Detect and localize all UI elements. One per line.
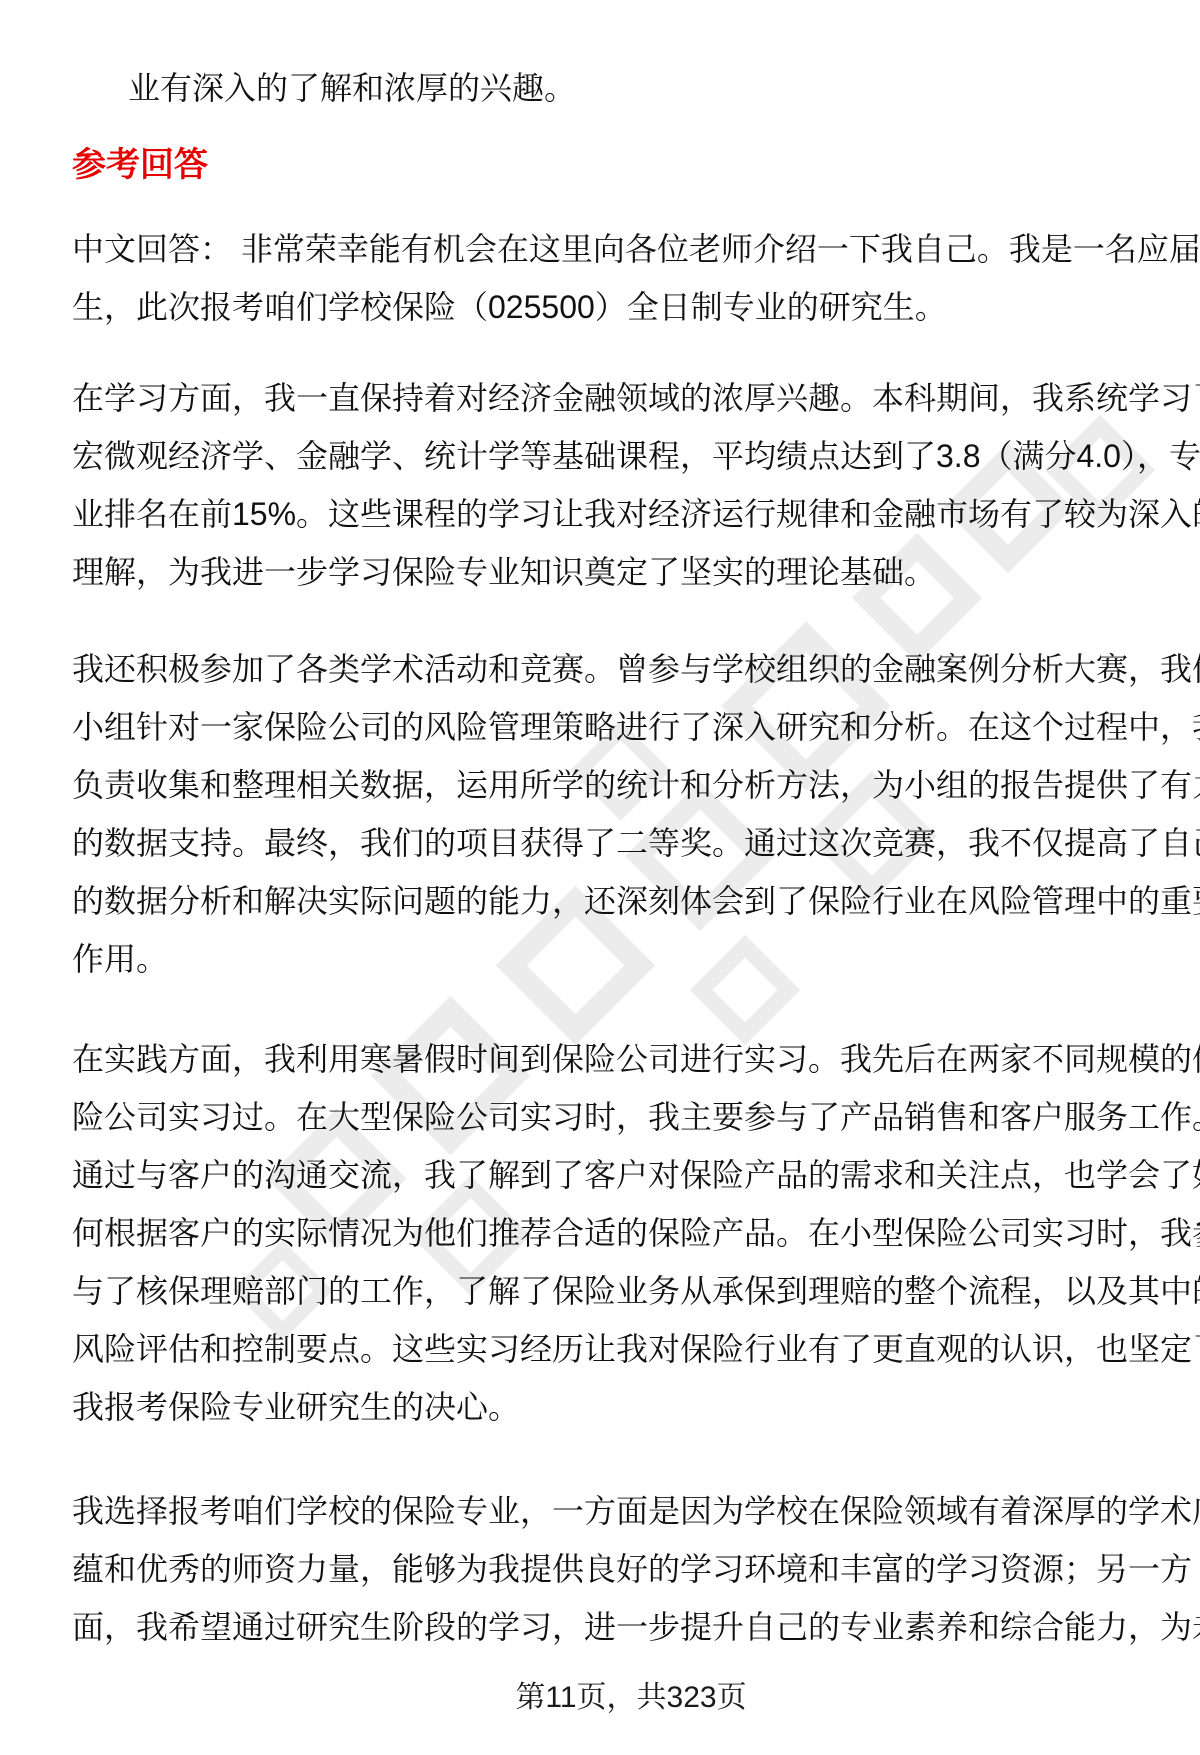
text-line: 负责收集和整理相关数据，运用所学的统计和分析方法，为小组的报告提供了有力 — [72, 756, 1190, 814]
paragraph: 中文回答： 非常荣幸能有机会在这里向各位老师介绍一下我自己。我是一名应届生，此次… — [72, 220, 1190, 336]
text-line: 业有深入的了解和浓厚的兴趣。 — [72, 59, 1190, 117]
text-line: 宏微观经济学、金融学、统计学等基础课程，平均绩点达到了3.8（满分4.0），专 — [72, 427, 1190, 485]
text-line: 业排名在前15%。这些课程的学习让我对经济运行规律和金融市场有了较为深入的 — [72, 485, 1190, 543]
paragraphs-container: 中文回答： 非常荣幸能有机会在这里向各位老师介绍一下我自己。我是一名应届生，此次… — [72, 220, 1190, 1656]
paragraph: 在实践方面，我利用寒暑假时间到保险公司进行实习。我先后在两家不同规模的保险公司实… — [72, 1030, 1190, 1436]
text-line: 理解，为我进一步学习保险专业知识奠定了坚实的理论基础。 — [72, 543, 1190, 601]
text-line: 在实践方面，我利用寒暑假时间到保险公司进行实习。我先后在两家不同规模的保 — [72, 1030, 1190, 1088]
text-line: 生，此次报考咱们学校保险（025500）全日制专业的研究生。 — [72, 278, 1190, 336]
text-line: 我还积极参加了各类学术活动和竞赛。曾参与学校组织的金融案例分析大赛，我们 — [72, 640, 1190, 698]
paragraph: 我还积极参加了各类学术活动和竞赛。曾参与学校组织的金融案例分析大赛，我们小组针对… — [72, 640, 1190, 988]
text-line: 的数据支持。最终，我们的项目获得了二等奖。通过这次竞赛，我不仅提高了自己 — [72, 814, 1190, 872]
text-line: 蕴和优秀的师资力量，能够为我提供良好的学习环境和丰富的学习资源；另一方 — [72, 1540, 1190, 1598]
text-line: 通过与客户的沟通交流，我了解到了客户对保险产品的需求和关注点，也学会了如 — [72, 1146, 1190, 1204]
text-line: 作用。 — [72, 930, 1190, 988]
paragraph-continuation: 业有深入的了解和浓厚的兴趣。 — [72, 59, 1190, 117]
text-line: 中文回答： 非常荣幸能有机会在这里向各位老师介绍一下我自己。我是一名应届 — [72, 220, 1190, 278]
paragraph: 我选择报考咱们学校的保险专业，一方面是因为学校在保险领域有着深厚的学术底蕴和优秀… — [72, 1482, 1190, 1656]
text-line: 与了核保理赔部门的工作，了解了保险业务从承保到理赔的整个流程，以及其中的 — [72, 1262, 1190, 1320]
text-line: 险公司实习过。在大型保险公司实习时，我主要参与了产品销售和客户服务工作。 — [72, 1088, 1190, 1146]
section-heading: 参考回答 — [72, 141, 1190, 189]
text-line: 我选择报考咱们学校的保险专业，一方面是因为学校在保险领域有着深厚的学术底 — [72, 1482, 1190, 1540]
page-number: 第11页，共323页 — [72, 1678, 1190, 1718]
paragraph: 在学习方面，我一直保持着对经济金融领域的浓厚兴趣。本科期间，我系统学习了宏微观经… — [72, 369, 1190, 601]
text-line: 小组针对一家保险公司的风险管理策略进行了深入研究和分析。在这个过程中，我 — [72, 698, 1190, 756]
text-line: 在学习方面，我一直保持着对经济金融领域的浓厚兴趣。本科期间，我系统学习了 — [72, 369, 1190, 427]
document-page: 业有深入的了解和浓厚的兴趣。 参考回答 中文回答： 非常荣幸能有机会在这里向各位… — [0, 0, 1200, 1755]
text-line: 风险评估和控制要点。这些实习经历让我对保险行业有了更直观的认识，也坚定了 — [72, 1320, 1190, 1378]
text-line: 何根据客户的实际情况为他们推荐合适的保险产品。在小型保险公司实习时，我参 — [72, 1204, 1190, 1262]
text-line: 面，我希望通过研究生阶段的学习，进一步提升自己的专业素养和综合能力，为未 — [72, 1598, 1190, 1656]
text-line: 我报考保险专业研究生的决心。 — [72, 1378, 1190, 1436]
document-content: 业有深入的了解和浓厚的兴趣。 参考回答 中文回答： 非常荣幸能有机会在这里向各位… — [72, 59, 1190, 1656]
text-line: 的数据分析和解决实际问题的能力，还深刻体会到了保险行业在风险管理中的重要 — [72, 872, 1190, 930]
